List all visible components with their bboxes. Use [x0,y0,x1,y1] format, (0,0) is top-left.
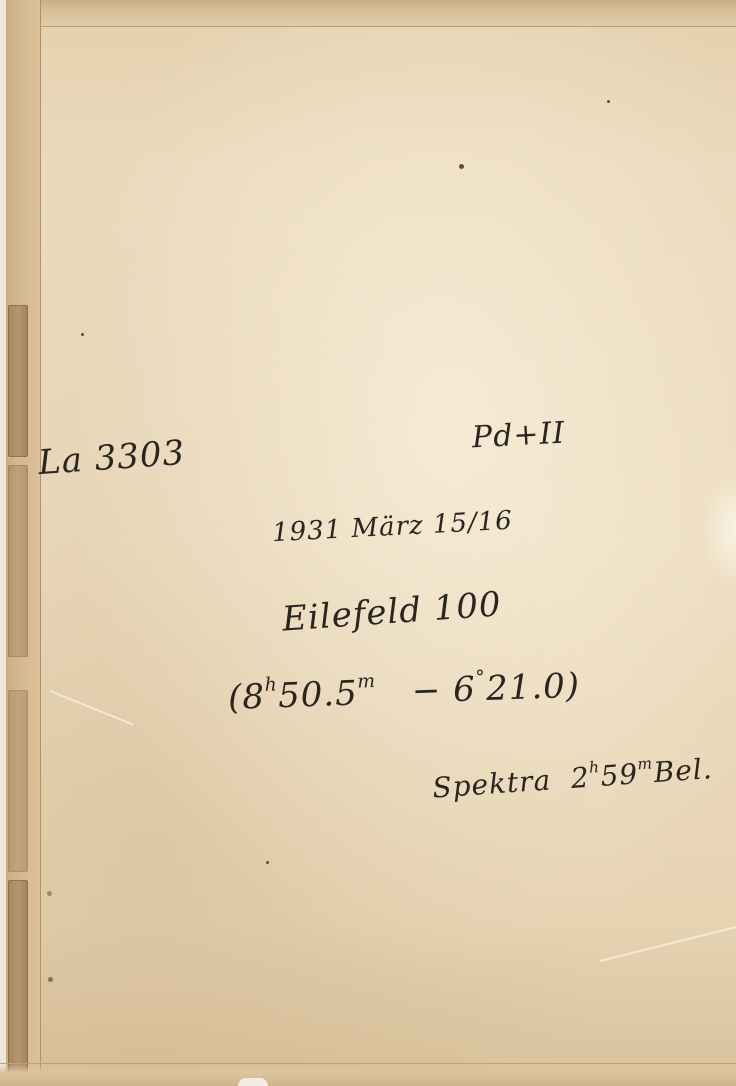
tape-strip [8,880,28,1082]
ra-hours-unit: h [264,674,278,695]
tape-strip [8,305,28,457]
ra-minutes-unit: m [357,671,376,693]
tape-strip [8,465,28,657]
ink-speck [81,333,84,336]
plate-type: Pd+II [471,416,566,456]
ink-speck [48,977,53,982]
dec-degrees: 6 [452,669,476,710]
ra-hours: 8 [242,677,266,718]
spectra-minutes: 59 [599,757,639,793]
ink-speck [47,891,52,896]
bottom-tear [238,1078,268,1086]
ra-minutes: 50.5 [277,673,358,716]
ink-speck [459,164,464,169]
top-edge [0,0,736,27]
bottom-edge [0,1063,736,1086]
left-rim [0,0,6,1086]
spectra-minutes-unit: m [637,754,654,773]
dec-sign: − [411,671,442,712]
paren-close: ) [565,666,581,706]
ink-speck [607,100,610,103]
ink-speck [266,861,269,864]
spectra-hours: 2 [570,761,591,795]
tape-strip [8,690,28,872]
dec-minutes: 21.0 [485,666,566,709]
light-patch [700,470,736,590]
spectra-suffix: Bel. [653,752,714,789]
